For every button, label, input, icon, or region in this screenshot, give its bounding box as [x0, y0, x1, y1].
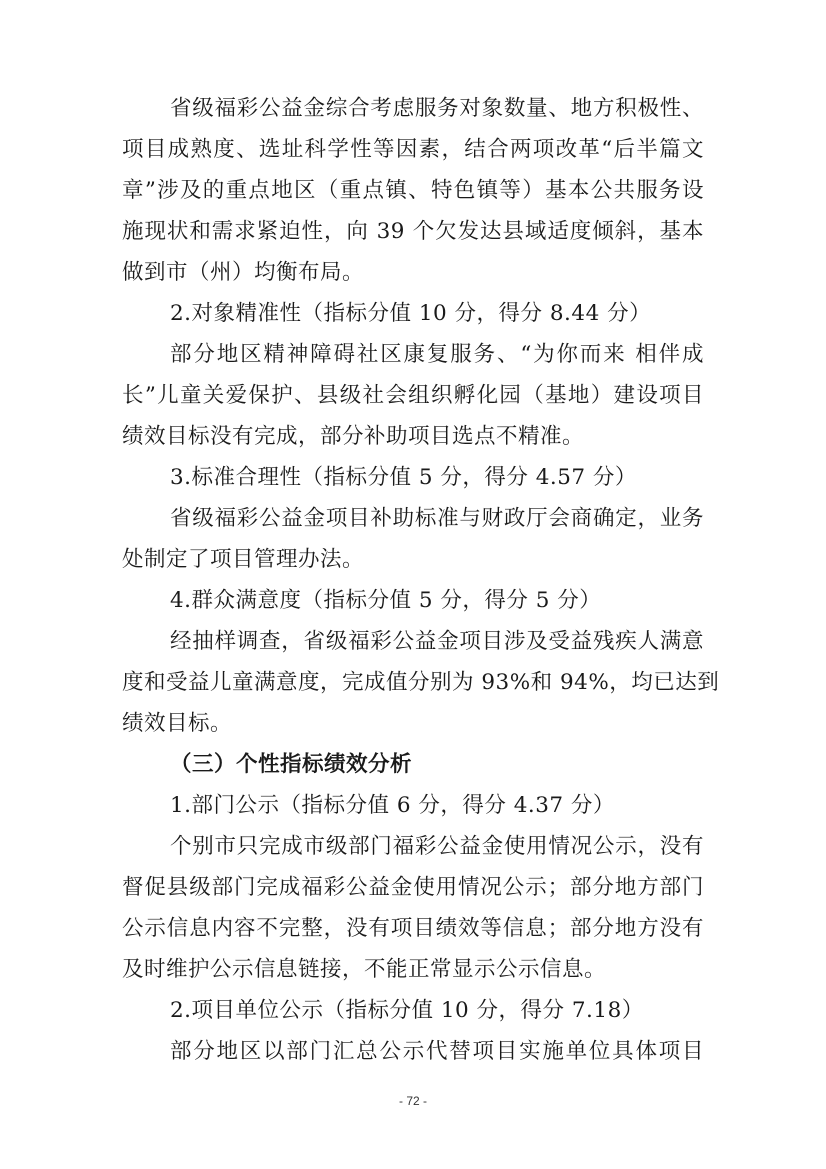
section-subheading: 1.部门公示（指标分值 6 分，得分 4.37 分） [122, 785, 704, 826]
paragraph-line: 个别市只完成市级部门福彩公益金使用情况公示，没有 [122, 826, 704, 867]
paragraph-line: 绩效目标。 [122, 703, 704, 744]
paragraph-line: 度和受益儿童满意度，完成值分别为 93%和 94%，均已达到 [122, 662, 704, 703]
paragraph-line: 部分地区精神障碍社区康复服务、“为你而来 相伴成 [122, 334, 704, 375]
paragraph-line: 绩效目标没有完成，部分补助项目选点不精准。 [122, 416, 704, 457]
paragraph-line: 处制定了项目管理办法。 [122, 539, 704, 580]
section-subheading: 3.标准合理性（指标分值 5 分，得分 4.57 分） [122, 457, 704, 498]
paragraph-line: 长”儿童关爱保护、县级社会组织孵化园（基地）建设项目 [122, 375, 704, 416]
document-body: 省级福彩公益金综合考虑服务对象数量、地方积极性、 项目成熟度、选址科学性等因素，… [122, 88, 704, 1072]
paragraph-line: 做到市（州）均衡布局。 [122, 252, 704, 293]
paragraph-line: 经抽样调查，省级福彩公益金项目涉及受益残疾人满意 [122, 621, 704, 662]
paragraph-line: 章”涉及的重点地区（重点镇、特色镇等）基本公共服务设 [122, 170, 704, 211]
paragraph-line: 及时维护公示信息链接，不能正常显示公示信息。 [122, 949, 704, 990]
section-heading: （三）个性指标绩效分析 [122, 744, 704, 785]
section-subheading: 2.项目单位公示（指标分值 10 分，得分 7.18） [122, 990, 704, 1031]
paragraph-line: 施现状和需求紧迫性，向 39 个欠发达县域适度倾斜，基本 [122, 211, 704, 252]
paragraph-line: 部分地区以部门汇总公示代替项目实施单位具体项目 [122, 1031, 704, 1072]
paragraph-line: 省级福彩公益金综合考虑服务对象数量、地方积极性、 [122, 88, 704, 129]
paragraph-line: 督促县级部门完成福彩公益金使用情况公示；部分地方部门 [122, 867, 704, 908]
section-subheading: 4.群众满意度（指标分值 5 分，得分 5 分） [122, 580, 704, 621]
paragraph-line: 公示信息内容不完整，没有项目绩效等信息；部分地方没有 [122, 908, 704, 949]
paragraph-line: 项目成熟度、选址科学性等因素，结合两项改革“后半篇文 [122, 129, 704, 170]
page-number: - 72 - [0, 1094, 826, 1108]
section-subheading: 2.对象精准性（指标分值 10 分，得分 8.44 分） [122, 293, 704, 334]
paragraph-line: 省级福彩公益金项目补助标准与财政厅会商确定，业务 [122, 498, 704, 539]
